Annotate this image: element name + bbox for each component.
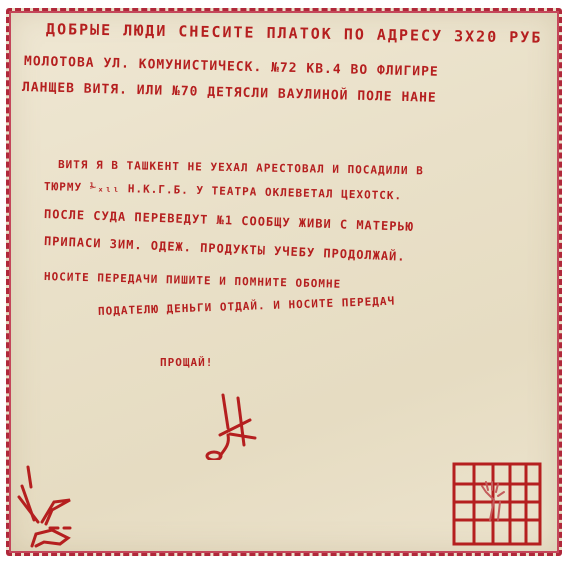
text-line-farewell: Прощай!: [160, 356, 213, 369]
hanged-figure-noose-icon: [190, 390, 270, 460]
plant-sprig-icon: [14, 462, 94, 552]
prison-bars-with-hand-icon: [452, 462, 544, 548]
